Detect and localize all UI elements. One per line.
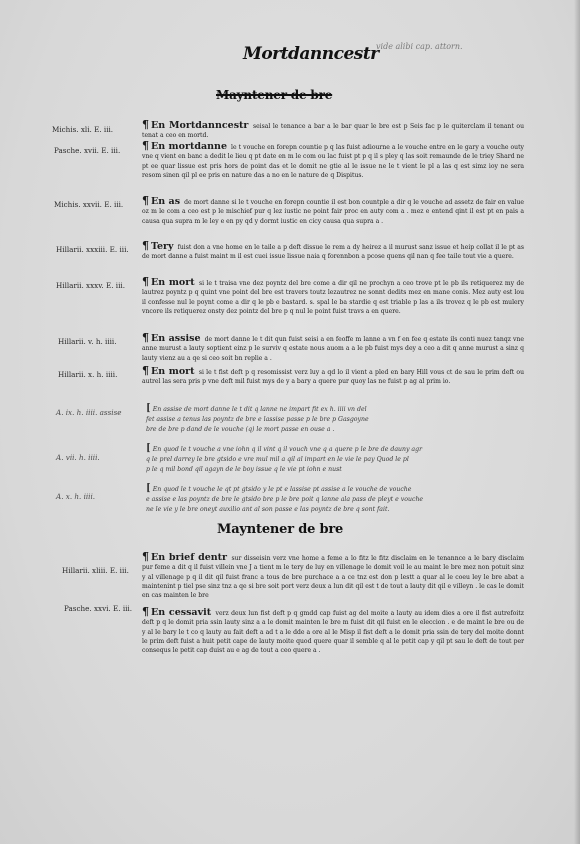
pilcrow-icon: ¶ bbox=[142, 139, 149, 152]
pilcrow-icon: ¶ bbox=[142, 550, 149, 563]
margin-citation: Pasche. xvii. E. iii. bbox=[54, 146, 120, 155]
running-head: Mortdanncestr bbox=[243, 44, 379, 64]
running-head-manuscript-note: vide alibi cap. attorn. bbox=[376, 42, 463, 51]
case-text: si le t traisa vne dez poyntz del bre co… bbox=[142, 280, 524, 315]
manuscript-margin-note: A. ix. h. iiii. assise bbox=[56, 408, 122, 417]
case-lead: En Mortdanncestr bbox=[151, 120, 248, 131]
margin-citation: Hillarii. x. h. iiii. bbox=[58, 370, 117, 379]
case-paragraph: ¶En assise de mort danne le t dit qun fu… bbox=[142, 333, 524, 363]
manuscript-margin-note: A. vii. h. iiii. bbox=[56, 453, 100, 462]
case-lead: En cessavit bbox=[151, 607, 211, 618]
case-paragraph: ¶En mort si le t fist deft p q resomissi… bbox=[142, 366, 524, 387]
margin-citation: Hillarii. xliii. E. iii. bbox=[62, 566, 129, 575]
case-paragraph: ¶En brief dentr sur disseisin verz vne h… bbox=[142, 552, 524, 600]
bracket-mark-icon: [ bbox=[146, 403, 151, 414]
margin-citation: Hillarii. v. h. iiii. bbox=[58, 337, 117, 346]
pilcrow-icon: ¶ bbox=[142, 194, 149, 207]
margin-citation: Michis. xli. E. iii. bbox=[52, 125, 113, 134]
case-lead: En mortdanne bbox=[151, 141, 227, 152]
manuscript-addition: [En assise de mort danne le t dit q lann… bbox=[146, 404, 526, 436]
case-text: de mort danne si le t vouche en forepn c… bbox=[142, 199, 524, 225]
case-lead: En mort bbox=[151, 366, 195, 377]
page-edge-shadow bbox=[574, 0, 580, 844]
section-title-struck: Mayntener de bre bbox=[216, 88, 332, 102]
pilcrow-icon: ¶ bbox=[142, 239, 149, 252]
margin-citation: Pasche. xxvi. E. iii. bbox=[64, 604, 132, 613]
case-lead: En as bbox=[151, 196, 180, 207]
pilcrow-icon: ¶ bbox=[142, 331, 149, 344]
case-lead: En mort bbox=[151, 277, 195, 288]
margin-citation: Michis. xxvii. E. iii. bbox=[54, 200, 123, 209]
bracket-mark-icon: [ bbox=[146, 483, 151, 494]
pilcrow-icon: ¶ bbox=[142, 605, 149, 618]
case-paragraph: ¶Tery fuist don a vne home en le taile a… bbox=[142, 241, 524, 262]
margin-citation: Hillarii. xxxiii. E. iii. bbox=[56, 245, 129, 254]
case-lead: En assise bbox=[151, 333, 201, 344]
bracket-mark-icon: [ bbox=[146, 443, 151, 454]
pilcrow-icon: ¶ bbox=[142, 275, 149, 288]
manuscript-addition: [En quod le t vouche le qt pt gtsido y l… bbox=[146, 484, 526, 516]
case-paragraph: ¶En cessavit verz deux lun fist deft p q… bbox=[142, 607, 524, 655]
manuscript-margin-note: A. x. h. iiii. bbox=[56, 492, 95, 501]
case-text: si le t fist deft p q resomissist verz l… bbox=[142, 369, 524, 385]
document-page: Mortdanncestr vide alibi cap. attorn. Ma… bbox=[0, 0, 580, 844]
case-paragraph: ¶En mort si le t traisa vne dez poyntz d… bbox=[142, 277, 524, 316]
pilcrow-icon: ¶ bbox=[142, 364, 149, 377]
case-paragraph: ¶En as de mort danne si le t vouche en f… bbox=[142, 196, 524, 226]
pilcrow-icon: ¶ bbox=[142, 118, 149, 131]
margin-citation: Hillarii. xxxv. E. iii. bbox=[56, 281, 125, 290]
case-lead: Tery bbox=[151, 241, 174, 252]
case-lead: En brief dentr bbox=[151, 552, 227, 563]
manuscript-addition: [En quod le t vouche a vne iohn q il vin… bbox=[146, 444, 526, 476]
case-paragraph: ¶En mortdanne le t vouche en forepn coun… bbox=[142, 141, 524, 180]
case-text: fuist don a vne home en le taile a p def… bbox=[142, 244, 524, 260]
case-paragraph: ¶En Mortdanncestr seisal le tenance a ba… bbox=[142, 120, 524, 141]
section-title: Mayntener de bre bbox=[217, 522, 343, 537]
